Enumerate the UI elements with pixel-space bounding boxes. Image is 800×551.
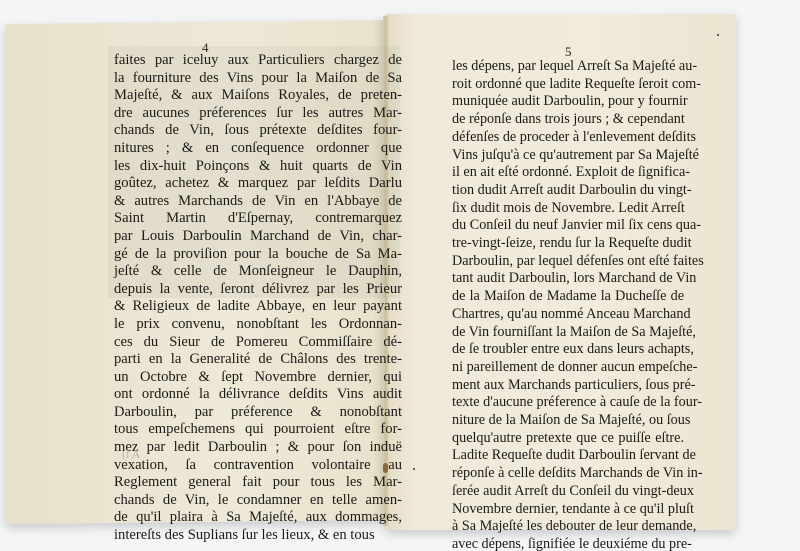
text-line: ſerée audit Arreſt du Conſeil du vingt-d… [452,483,684,501]
text-line: la fourniture des Vins pour la Maiſon de… [114,70,402,88]
text-line: Darboulin, par préference & nonobſtant [114,404,402,422]
text-line: jeſté & celle de Monſeigneur le Dauphin, [114,263,402,281]
text-line: faites par iceluy aux Particuliers charg… [114,52,402,70]
text-line: Novembre dernier, tendante à ce qu'il pl… [452,501,684,519]
text-line: de qu'il plaira à Sa Majeſté, aux dommag… [114,509,402,527]
text-line: par Louis Darboulin Marchand de Vin, cha… [114,228,402,246]
text-line: quelqu'autre pretexte que ce puiſſe eſtr… [452,430,684,448]
text-line: ment aux Marchands particuliers, ſous pr… [452,377,684,395]
text-line: & autres Marchands de Vin en l'Abbaye de [114,193,402,211]
text-line: muniquée audit Darboulin, pour y fournir [452,93,684,111]
text-line: les dix-huit Poinçons & huit quarts de V… [114,158,402,176]
text-line: tion dudit Arreſt audit Darboulin du vin… [452,182,684,200]
text-line: Saint Martin d'Eſpernay, contremarquez [114,210,402,228]
text-line: ces du Sieur de Pomereu Commiſſaire dé- [114,334,402,352]
text-line: mez par ledit Darboulin ; & pour ſon ind… [114,439,402,457]
paper-speck [413,468,415,470]
text-line: tre-vingt-ſeize, rendu ſur la Requeſte d… [452,235,684,253]
text-line: goûtez, achetez & marquez par leſdits Da… [114,175,402,193]
text-line: de réponſe dans trois jours ; & cependan… [452,111,684,129]
text-line: nitures ; & en conſequence ordonner que [114,140,402,158]
text-line: depuis la vente, ſeront délivrez par les… [114,281,402,299]
right-page-text: les dépens, par lequel Arreſt Sa Majeſté… [452,58,684,551]
text-line: texte d'aucune préference à cauſe de la … [452,394,684,412]
text-line: tous empeſchemens qui pourroient eſtre f… [114,421,402,439]
text-line: du Conſeil du neuf Janvier mil ſix cens … [452,217,684,235]
text-line: Vins juſqu'à ce qu'autrement par Sa Maje… [452,147,684,165]
text-line: tant audit Darboulin, lors Marchand de V… [452,270,684,288]
text-line: intereſts des Suplians ſur les lieux, & … [114,527,402,545]
text-line: avec dépens, ſignifiée le deuxiéme du pr… [452,536,684,551]
text-line: & Religieux de ladite Abbaye, en leur pa… [114,298,402,316]
signature-mark: (l A [122,447,140,462]
text-line: les dépens, par lequel Arreſt Sa Majeſté… [452,58,684,76]
text-line: de Vin fourniſſant la Maiſon de Sa Majeſ… [452,324,684,342]
text-line: niture de la Maiſon de Sa Majeſté, ou ſo… [452,412,684,430]
text-line: parti en la Generalité de Châlons des tr… [114,351,402,369]
text-line: défenſes de proceder à l'enlevement deſd… [452,129,684,147]
text-line: il en ait eſté ordonné. Exploit de ſigni… [452,164,684,182]
text-line: chands de Vin, ſous prétexte deſdites fo… [114,122,402,140]
text-line: à Sa Majeſté les debouter de leur demand… [452,518,684,536]
text-line: un Octobre & ſept Novembre dernier, qui [114,369,402,387]
text-line: vexation, ſa contravention volontaire au [114,457,402,475]
text-line: ni pareillement de donner aucun empeſche… [452,359,684,377]
text-line: Chartres, qu'au nommé Anceau Marchand [452,306,684,324]
text-line: ſix dudit mois de Novembre. Ledit Arreſt [452,200,684,218]
text-line: le prix convenu, nonobſtant les Ordonnan… [114,316,402,334]
open-book: 4 5 faites par iceluy aux Particuliers c… [0,0,800,551]
text-line: roit ordonné que ladite Requeſte ſeroit … [452,76,684,94]
text-line: Majeſté, & aux Maiſons Royales, de prete… [114,87,402,105]
text-line: Reglement general fait pour tous les Mar… [114,474,402,492]
text-line: ont ordonné la délivrance deſdits Vins a… [114,386,402,404]
text-line: dre aucunes préferences ſur les autres M… [114,105,402,123]
paper-speck [717,34,719,36]
text-line: chands de Vin, le condamner en telle ame… [114,492,402,510]
text-line: Ladite Requeſte dudit Darboulin ſervant … [452,447,684,465]
text-line: gé de la proviſion pour la bouche de Sa … [114,246,402,264]
text-line: de la Maiſon de Madame la Ducheſſe de [452,288,684,306]
text-line: réponſe à celle deſdits Marchands de Vin… [452,465,684,483]
text-line: Darboulin, par lequel défenſes ont eſté … [452,253,684,271]
left-page-text: faites par iceluy aux Particuliers charg… [114,52,402,545]
text-line: de ſe troubler entre eux dans leurs acha… [452,341,684,359]
